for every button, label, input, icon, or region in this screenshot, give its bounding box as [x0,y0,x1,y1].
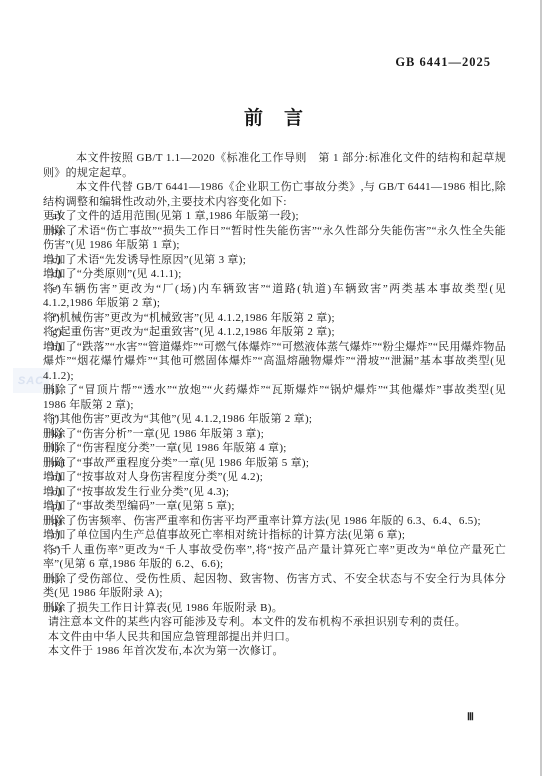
change-item: s) 将“千人重伤率”更改为“千人事故受伤率”,将“按产品产量计算死亡率”更改为… [43,543,506,572]
change-item-label: c) [52,253,61,268]
change-item: k) 删除了“伤害分析”一章(见 1986 年版第 3 章); [43,427,506,442]
change-item-text: 删除了损失工作日计算表(见 1986 年版附录 B)。 [43,602,283,614]
change-item-text: 将“起重伤害”更改为“起重致害”(见 4.1.2,1986 年版第 2 章); [43,326,335,338]
change-item: p) 增加了“事故类型编码”一章(见第 5 章); [43,499,506,514]
change-item: b) 删除了术语“伤亡事故”“损失工作日”“暂时性失能伤害”“永久性部分失能伤害… [43,224,506,253]
change-item-label: u) [52,601,62,616]
change-item: l) 删除了“伤害程度分类”一章(见 1986 年版第 4 章); [43,441,506,456]
change-item-label: q) [52,514,62,529]
change-item: n) 增加了“按事故对人身伤害程度分类”(见 4.2); [43,470,506,485]
change-item: t) 删除了受伤部位、受伤性质、起因物、致害物、伤害方式、不安全状态与不安全行为… [43,572,506,601]
change-item-text: 增加了“按事故对人身伤害程度分类”(见 4.2); [43,471,263,483]
change-item: g) 将“起重伤害”更改为“起重致害”(见 4.1.2,1986 年版第 2 章… [43,325,506,340]
closing-paragraph: 本文件由中华人民共和国应急管理部提出并归口。 [43,630,506,645]
change-item-label: t) [52,572,59,587]
change-item-label: m) [52,456,65,471]
page-number: Ⅲ [467,712,474,723]
change-item-text: 更改了文件的适用范围(见第 1 章,1986 年版第一段); [43,210,299,222]
change-item-text: 将“千人重伤率”更改为“千人事故受伤率”,将“按产品产量计算死亡率”更改为“单位… [43,544,506,571]
document-body: 本文件按照 GB/T 1.1—2020《标准化工作导则 第 1 部分:标准化文件… [43,151,506,659]
change-item-text: 删除了伤害频率、伤害严重率和伤害平均严重率计算方法(见 1986 年版的 6.3… [43,515,481,527]
change-item-text: 增加了“分类原则”(见 4.1.1); [43,268,182,280]
change-item-text: 增加了“跌落”“水害”“管道爆炸”“可燃气体爆炸”“可燃液体蒸气爆炸”“粉尘爆炸… [43,341,506,382]
change-item-text: 将“车辆伤害”更改为“厂(场)内车辆致害”“道路(轨道)车辆致害”两类基本事故类… [43,283,506,310]
change-item-text: 删除了术语“伤亡事故”“损失工作日”“暂时性失能伤害”“永久性部分失能伤害”“永… [43,225,506,252]
closing-paragraph: 请注意本文件的某些内容可能涉及专利。本文件的发布机构不承担识别专利的责任。 [43,615,506,630]
change-item: a) 更改了文件的适用范围(见第 1 章,1986 年版第一段); [43,209,506,224]
sac-watermark-text: SAC [18,375,44,387]
change-item-label: g) [52,325,62,340]
intro-paragraph: 本文件按照 GB/T 1.1—2020《标准化工作导则 第 1 部分:标准化文件… [43,151,506,180]
change-item-label: b) [52,224,62,239]
change-item: m) 删除了“事故严重程度分类”一章(见 1986 年版第 5 章); [43,456,506,471]
change-item-label: j) [52,412,59,427]
change-item: h) 增加了“跌落”“水害”“管道爆炸”“可燃气体爆炸”“可燃液体蒸气爆炸”“粉… [43,340,506,384]
change-item-label: s) [52,543,61,558]
change-item-text: 删除了“冒顶片帮”“透水”“放炮”“火药爆炸”“瓦斯爆炸”“锅炉爆炸”“其他爆炸… [43,384,506,411]
document-page: { "page": { "standard_number": "GB 6441—… [0,0,548,776]
change-item: j) 将“其他伤害”更改为“其他”(见 4.1.2,1986 年版第 2 章); [43,412,506,427]
change-item-text: 删除了“事故严重程度分类”一章(见 1986 年版第 5 章); [43,457,309,469]
change-item-text: 增加了“按事故发生行业分类”(见 4.3); [43,486,229,498]
page-title: 前 言 [0,103,548,130]
changes-list: a) 更改了文件的适用范围(见第 1 章,1986 年版第一段); b) 删除了… [43,209,506,615]
change-item-text: 将“其他伤害”更改为“其他”(见 4.1.2,1986 年版第 2 章); [43,413,312,425]
change-item-label: k) [52,427,62,442]
change-item-text: 删除了受伤部位、受伤性质、起因物、致害物、伤害方式、不安全状态与不安全行为具体分… [43,573,506,600]
change-item-label: f) [52,311,60,326]
change-item: u) 删除了损失工作日计算表(见 1986 年版附录 B)。 [43,601,506,616]
change-item-text: 增加了“事故类型编码”一章(见第 5 章); [43,500,235,512]
change-item-text: 删除了“伤害分析”一章(见 1986 年版第 3 章); [43,428,264,440]
change-item-label: o) [52,485,62,500]
change-item-label: a) [52,209,61,224]
change-item: r) 增加了单位国内生产总值事故死亡率相对统计指标的计算方法(见第 6 章); [43,528,506,543]
change-item: q) 删除了伤害频率、伤害严重率和伤害平均严重率计算方法(见 1986 年版的 … [43,514,506,529]
change-item-label: r) [52,528,60,543]
change-item: c) 增加了术语“先发诱导性原因”(见第 3 章); [43,253,506,268]
change-item-text: 增加了术语“先发诱导性原因”(见第 3 章); [43,254,246,266]
change-item-label: n) [52,470,62,485]
change-item: d) 增加了“分类原则”(见 4.1.1); [43,267,506,282]
change-item-text: 增加了单位国内生产总值事故死亡率相对统计指标的计算方法(见第 6 章); [43,529,405,541]
change-item: e) 将“车辆伤害”更改为“厂(场)内车辆致害”“道路(轨道)车辆致害”两类基本… [43,282,506,311]
standard-number: GB 6441—2025 [395,55,491,70]
change-item-label: h) [52,340,62,355]
change-item: i) 删除了“冒顶片帮”“透水”“放炮”“火药爆炸”“瓦斯爆炸”“锅炉爆炸”“其… [43,383,506,412]
change-item-text: 将“机械伤害”更改为“机械致害”(见 4.1.2,1986 年版第 2 章); [43,312,335,324]
change-item: o) 增加了“按事故发生行业分类”(见 4.3); [43,485,506,500]
change-item-label: e) [52,282,61,297]
intro-paragraph: 本文件代替 GB/T 6441—1986《企业职工伤亡事故分类》,与 GB/T … [43,180,506,209]
change-item-label: p) [52,499,62,514]
change-item-label: i) [52,383,59,398]
change-item-text: 删除了“伤害程度分类”一章(见 1986 年版第 4 章); [43,442,287,454]
closing-paragraph: 本文件于 1986 年首次发布,本次为第一次修订。 [43,644,506,659]
change-item-label: l) [52,441,59,456]
change-item: f) 将“机械伤害”更改为“机械致害”(见 4.1.2,1986 年版第 2 章… [43,311,506,326]
change-item-label: d) [52,267,62,282]
